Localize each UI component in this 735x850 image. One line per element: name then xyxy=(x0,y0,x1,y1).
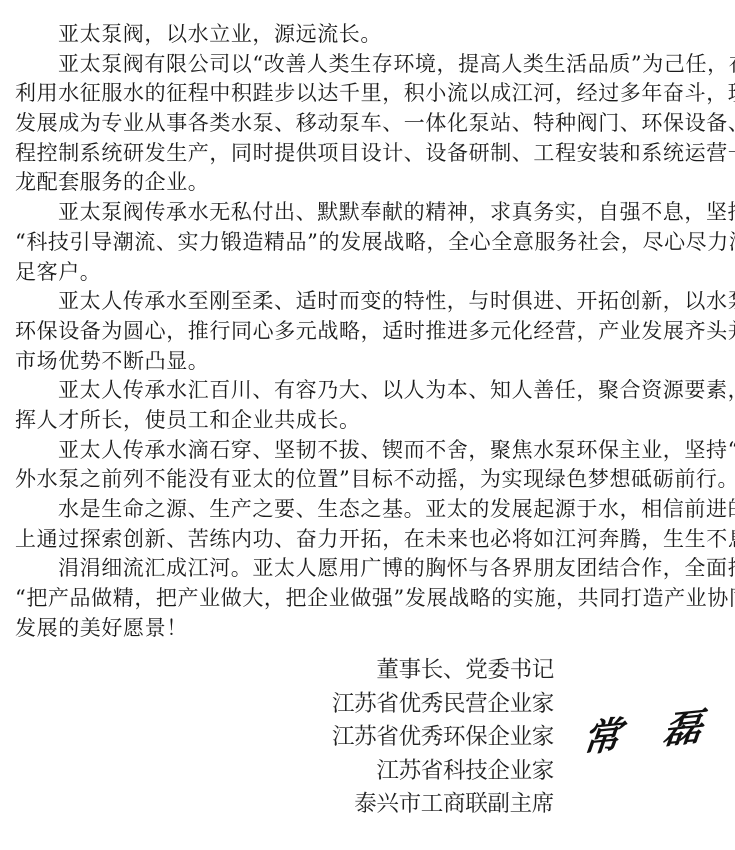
author-title-environmental-entrepreneur: 江苏省优秀环保企业家 xyxy=(332,721,554,755)
paragraph-talent: 亚太人传承水汇百川、有容乃大、以人为本、知人善任，聚合资源要素，发 挥人才所长，… xyxy=(15,376,727,435)
text-line: 发展成为专业从事各类水泵、移动泵车、一体化泵站、特种阀门、环保设备、远 xyxy=(15,109,727,139)
paragraph-spirit: 亚太泵阀传承水无私付出、默默奉献的精神，求真务实，自强不息，坚持 “科技引导潮流… xyxy=(15,198,727,287)
text-line: 程控制系统研发生产，同时提供项目设计、设备研制、工程安装和系统运营一条 xyxy=(15,139,727,169)
text-line: 亚太人传承水至刚至柔、适时而变的特性，与时俱进、开拓创新，以水泵和 xyxy=(15,287,727,317)
text-line: 龙配套服务的企业。 xyxy=(15,168,727,198)
text-line: 亚太人传承水汇百川、有容乃大、以人为本、知人善任，聚合资源要素，发 xyxy=(15,376,727,406)
text-line: 利用水征服水的征程中积跬步以达千里，积小流以成江河，经过多年奋斗，现已 xyxy=(15,79,727,109)
text-line: 水是生命之源、生产之要、生态之基。亚太的发展起源于水，相信前进的路 xyxy=(15,495,727,525)
text-line: 发展的美好愿景！ xyxy=(15,614,727,644)
text-line: 涓涓细流汇成江河。亚太人愿用广博的胸怀与各界朋友团结合作，全面推进 xyxy=(15,554,727,584)
author-titles: 董事长、党委书记 江苏省优秀民营企业家 江苏省优秀环保企业家 江苏省科技企业家 … xyxy=(332,654,554,822)
paragraph-intro: 亚太泵阀，以水立业，源远流长。 xyxy=(15,20,727,50)
paragraph-company-mission: 亚太泵阀有限公司以“改善人类生存环境，提高人类生活品质”为己任，在 利用水征服水… xyxy=(15,50,727,198)
author-title-federation-vice-chair: 泰兴市工商联副主席 xyxy=(332,788,554,822)
text-line: “科技引导潮流、实力锻造精品”的发展战略，全心全意服务社会，尽心尽力满 xyxy=(15,228,727,258)
author-title-tech-entrepreneur: 江苏省科技企业家 xyxy=(332,755,554,789)
text-line: 亚太人传承水滴石穿、坚韧不拔、锲而不舍，聚焦水泵环保主业，坚持“中 xyxy=(15,436,727,466)
text-line: 外水泵之前列不能没有亚太的位置”目标不动摇，为实现绿色梦想砥砺前行。 xyxy=(15,465,727,495)
author-title-chairman: 董事长、党委书记 xyxy=(332,654,554,688)
author-signature: 常 磊 xyxy=(579,697,698,778)
text-line: 环保设备为圆心，推行同心多元战略，适时推进多元化经营，产业发展齐头并进， xyxy=(15,317,727,347)
author-title-private-entrepreneur: 江苏省优秀民营企业家 xyxy=(332,688,554,722)
text-line: 亚太泵阀，以水立业，源远流长。 xyxy=(15,20,727,50)
text-line: 亚太泵阀有限公司以“改善人类生存环境，提高人类生活品质”为己任，在 xyxy=(15,50,727,80)
letter-body: 亚太泵阀，以水立业，源远流长。 亚太泵阀有限公司以“改善人类生存环境，提高人类生… xyxy=(15,20,727,643)
text-line: 市场优势不断凸显。 xyxy=(15,347,727,377)
paragraph-innovation: 亚太人传承水至刚至柔、适时而变的特性，与时俱进、开拓创新，以水泵和 环保设备为圆… xyxy=(15,287,727,376)
paragraph-perseverance: 亚太人传承水滴石穿、坚韧不拔、锲而不舍，聚焦水泵环保主业，坚持“中 外水泵之前列… xyxy=(15,436,727,495)
paragraph-water-source: 水是生命之源、生产之要、生态之基。亚太的发展起源于水，相信前进的路 上通过探索创… xyxy=(15,495,727,554)
paragraph-vision: 涓涓细流汇成江河。亚太人愿用广博的胸怀与各界朋友团结合作，全面推进 “把产品做精… xyxy=(15,554,727,643)
text-line: 挥人才所长，使员工和企业共成长。 xyxy=(15,406,727,436)
text-line: 上通过探索创新、苦练内功、奋力开拓，在未来也必将如江河奔腾，生生不息。 xyxy=(15,525,727,555)
text-line: 亚太泵阀传承水无私付出、默默奉献的精神，求真务实，自强不息，坚持 xyxy=(15,198,727,228)
text-line: 足客户。 xyxy=(15,258,727,288)
text-line: “把产品做精，把产业做大，把企业做强”发展战略的实施，共同打造产业协同 xyxy=(15,584,727,614)
